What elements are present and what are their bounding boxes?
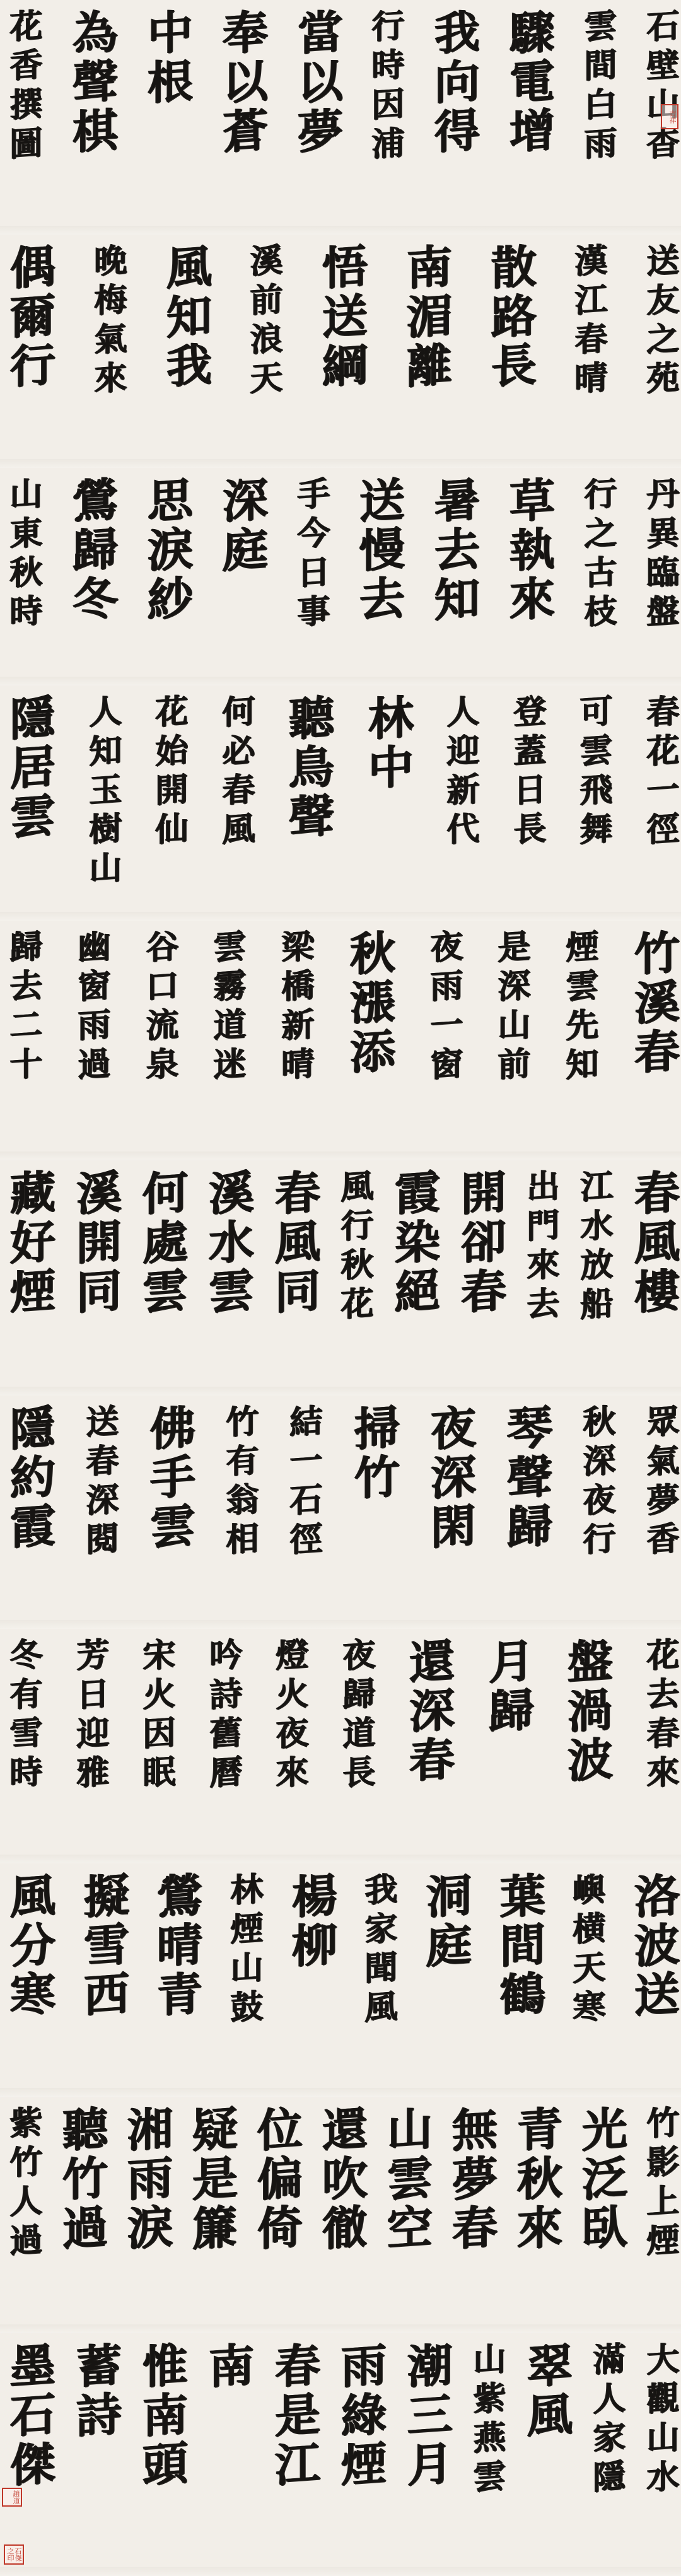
calligraphy-column: 聽竹過 (59, 2097, 104, 2326)
calligraphy-column: 行時因浦 (368, 0, 401, 227)
calligraphy-column: 滿人家隱 (590, 2333, 622, 2568)
scroll-panel: 眾氣夢香秋深夜行琴聲歸夜深閑掃竹結一石徑竹有翁相佛手雲送春深閱隱約霞 (0, 1396, 681, 1629)
calligraphy-column: 春花一徑 (643, 685, 676, 913)
calligraphy-column: 光泛臥 (578, 2097, 624, 2326)
calligraphy-column: 還吹徹 (318, 2097, 364, 2326)
column-group: 送友之苑漢江春晴散路長南湄離悟送綱溪前浪天風知我晚梅氣來偶爾行 (0, 235, 681, 459)
calligraphy-column: 幽窗雨過 (74, 921, 107, 1153)
calligraphy-column: 霞染絕 (391, 1160, 436, 1389)
calligraphy-column: 奉以蒼 (219, 0, 264, 228)
calligraphy-column: 驟電增 (506, 0, 551, 228)
calligraphy-column: 南湄離 (403, 235, 448, 461)
column-group: 竹溪春煙雲先知是深山前夜雨一窗秋漲添梁橋新晴雲霧道迷谷口流泉幽窗雨過歸去二十 (0, 921, 681, 1151)
calligraphy-column: 丹異臨盤 (643, 468, 676, 678)
scroll-panel: 春花一徑可雲飛舞登蓋日長人迎新代林中聽鳥聲何必春風花始開仙人知玉樹山隱居雲 (0, 685, 681, 921)
scroll-panel: 春風樓江水放船出門來去開卻春霞染絕風行秋花春風同溪水雲何處雲溪開同藏好煙 (0, 1160, 681, 1396)
scroll-panel: 竹影上煙光泛臥青秋來無夢春山雲空還吹徹位偏倚疑是簾湘雨淚聽竹過紫竹人過 (0, 2097, 681, 2333)
calligraphy-column: 竹有翁相 (223, 1396, 255, 1621)
calligraphy-column: 人知玉樹山 (86, 685, 119, 913)
calligraphy-column: 送春深閱 (83, 1396, 115, 1621)
calligraphy-column: 散路長 (487, 235, 533, 461)
scroll-panel: 石壁山杳雲間白雨驟電增我向得行時因浦當以夢奉以蒼中根為聲棋花香撰圖 (0, 0, 681, 235)
red-seal-stamp: 石傑之印 (4, 2544, 24, 2565)
calligraphy-column: 大觀山水 (643, 2333, 676, 2568)
calligraphy-column: 風行秋花 (337, 1160, 370, 1388)
calligraphy-column: 雲霧道迷 (210, 921, 243, 1153)
calligraphy-column: 歸去二十 (6, 921, 39, 1153)
calligraphy-column: 谷口流泉 (143, 921, 175, 1153)
calligraphy-column: 花香撰圖 (6, 0, 39, 227)
calligraphy-column: 夜歸道長 (339, 1629, 372, 1856)
calligraphy-column: 梁橋新晴 (278, 921, 311, 1153)
calligraphy-column: 江水放船 (577, 1160, 610, 1388)
calligraphy-column: 我家聞風 (361, 1863, 394, 2089)
column-group: 洛波送嶼横天寒葉間鶴洞庭我家聞風楊柳林煙山鼓鶯晴青擬雪西風分寒 (0, 1863, 681, 2088)
calligraphy-column: 當以夢 (294, 0, 339, 228)
calligraphy-column: 鶯晴青 (153, 1863, 199, 2090)
scroll-panel: 送友之苑漢江春晴散路長南湄離悟送綱溪前浪天風知我晚梅氣來偶爾行 (0, 235, 681, 468)
column-group: 花去春來盤渦波月歸還深春夜歸道長燈火夜來吟詩舊曆宋火因眠芳日迎雅冬有雪時 (0, 1629, 681, 1855)
scroll-panel: 洛波送嶼横天寒葉間鶴洞庭我家聞風楊柳林煙山鼓鶯晴青擬雪西風分寒 (0, 1863, 681, 2097)
calligraphy-column: 偶爾行 (6, 235, 52, 461)
calligraphy-column: 出門來去 (523, 1160, 556, 1388)
calligraphy-column: 手今日事 (294, 468, 327, 678)
calligraphy-column: 還深春 (405, 1629, 451, 1856)
calligraphy-column: 潮三月 (404, 2333, 449, 2569)
red-seal-stamp: 吉祥 (661, 104, 678, 129)
calligraphy-column: 春風同 (271, 1160, 317, 1389)
column-group: 眾氣夢香秋深夜行琴聲歸夜深閑掃竹結一石徑竹有翁相佛手雲送春深閱隱約霞 (0, 1396, 681, 1620)
calligraphy-column: 溪開同 (73, 1160, 118, 1389)
calligraphy-column: 洞庭 (422, 1863, 468, 2090)
calligraphy-column: 位偏倚 (253, 2097, 299, 2326)
scroll-panel: 丹異臨盤行之古枝草執來暑去知送慢去手今日事深庭思淚紗鶯歸冬山東秋時 (0, 468, 681, 685)
calligraphy-column: 青秋來 (513, 2097, 559, 2326)
calligraphy-column: 悟送綱 (318, 235, 364, 461)
column-group: 石壁山杳雲間白雨驟電增我向得行時因浦當以夢奉以蒼中根為聲棋花香撰圖 (0, 0, 681, 226)
calligraphy-column: 思淚紗 (144, 468, 189, 679)
calligraphy-column: 擬雪西 (80, 1863, 125, 2090)
calligraphy-column: 山雲空 (383, 2097, 429, 2326)
calligraphy-column: 秋漲添 (346, 921, 392, 1153)
calligraphy-column: 草執來 (506, 468, 551, 679)
calligraphy-column: 宋火因眠 (139, 1629, 172, 1856)
calligraphy-column: 翠風 (523, 2333, 569, 2569)
calligraphy-column: 可雲飛舞 (576, 685, 609, 913)
calligraphy-column: 深庭 (219, 468, 264, 679)
calligraphy-column: 是深山前 (494, 921, 527, 1153)
calligraphy-column: 送友之苑 (643, 235, 676, 460)
column-group: 春花一徑可雲飛舞登蓋日長人迎新代林中聽鳥聲何必春風花始開仙人知玉樹山隱居雲 (0, 685, 681, 912)
column-group: 丹異臨盤行之古枝草執來暑去知送慢去手今日事深庭思淚紗鶯歸冬山東秋時 (0, 468, 681, 677)
calligraphy-column: 葉間鶴 (496, 1863, 542, 2090)
calligraphy-column: 暑去知 (431, 468, 476, 679)
calligraphy-column: 雲間白雨 (581, 0, 614, 227)
calligraphy-column: 夜深閑 (427, 1396, 472, 1622)
calligraphy-column: 花去春來 (643, 1629, 676, 1856)
calligraphy-column: 中根 (144, 0, 189, 228)
calligraphy-column: 竹影上煙 (643, 2097, 676, 2326)
calligraphy-scroll: 石壁山杳雲間白雨驟電增我向得行時因浦當以夢奉以蒼中根為聲棋花香撰圖送友之苑漢江春… (0, 0, 681, 2576)
calligraphy-column: 風分寒 (6, 1863, 52, 2090)
calligraphy-column: 聽鳥聲 (285, 685, 330, 914)
scroll-panel: 花去春來盤渦波月歸還深春夜歸道長燈火夜來吟詩舊曆宋火因眠芳日迎雅冬有雪時 (0, 1629, 681, 1863)
calligraphy-column: 盤渦波 (564, 1629, 609, 1856)
calligraphy-column: 眾氣夢香 (643, 1396, 676, 1621)
calligraphy-column: 山東秋時 (6, 468, 39, 678)
calligraphy-column: 疑是簾 (189, 2097, 234, 2326)
calligraphy-column: 林煙山鼓 (227, 1863, 260, 2089)
calligraphy-column: 蓄詩 (73, 2333, 118, 2569)
column-group: 大觀山水滿人家隱翠風山紫燕雲潮三月雨綠煙春是江南惟南頭蓄詩墨石傑 (0, 2333, 681, 2567)
calligraphy-column: 冬有雪時 (6, 1629, 39, 1856)
calligraphy-column: 楊柳 (288, 1863, 334, 2090)
calligraphy-column: 林中 (364, 685, 410, 914)
calligraphy-column: 吟詩舊曆 (206, 1629, 239, 1856)
calligraphy-column: 夜雨一窗 (427, 921, 460, 1153)
calligraphy-column: 春是江 (271, 2333, 317, 2569)
calligraphy-column: 佛手雲 (146, 1396, 192, 1622)
calligraphy-column: 結一石徑 (286, 1396, 319, 1621)
calligraphy-column: 登蓋日長 (510, 685, 543, 913)
calligraphy-column: 墨石傑 (6, 2333, 52, 2569)
calligraphy-column: 行之古枝 (581, 468, 614, 678)
red-seal-stamp: 趙道 (2, 2488, 22, 2507)
scroll-panel: 大觀山水滿人家隱翠風山紫燕雲潮三月雨綠煙春是江南惟南頭蓄詩墨石傑 (0, 2333, 681, 2576)
calligraphy-column: 洛波送 (631, 1863, 676, 2090)
calligraphy-column: 燈火夜來 (272, 1629, 305, 1856)
calligraphy-column: 琴聲歸 (503, 1396, 549, 1622)
calligraphy-column: 晚梅氣來 (91, 235, 124, 460)
scroll-panel: 竹溪春煙雲先知是深山前夜雨一窗秋漲添梁橋新晴雲霧道迷谷口流泉幽窗雨過歸去二十 (0, 921, 681, 1160)
column-group: 竹影上煙光泛臥青秋來無夢春山雲空還吹徹位偏倚疑是簾湘雨淚聽竹過紫竹人過 (0, 2097, 681, 2324)
calligraphy-column: 隱約霞 (6, 1396, 52, 1622)
calligraphy-column: 何必春風 (219, 685, 252, 913)
calligraphy-column: 嶼横天寒 (569, 1863, 602, 2089)
calligraphy-column: 我向得 (431, 0, 476, 228)
calligraphy-column: 為聲棋 (69, 0, 114, 228)
calligraphy-column: 開卻春 (457, 1160, 503, 1389)
calligraphy-column: 風知我 (163, 235, 208, 461)
calligraphy-column: 南 (205, 2333, 250, 2569)
calligraphy-column: 紫竹人過 (6, 2097, 39, 2326)
calligraphy-column: 花始開仙 (152, 685, 185, 913)
calligraphy-column: 無夢春 (448, 2097, 494, 2326)
calligraphy-column: 湘雨淚 (124, 2097, 169, 2326)
calligraphy-column: 隱居雲 (6, 685, 52, 914)
calligraphy-column: 惟南頭 (139, 2333, 184, 2569)
calligraphy-column: 煙雲先知 (562, 921, 595, 1153)
calligraphy-column: 溪前浪天 (247, 235, 279, 460)
calligraphy-column: 溪水雲 (205, 1160, 250, 1389)
calligraphy-column: 月歸 (485, 1629, 530, 1856)
calligraphy-column: 竹溪春 (631, 921, 676, 1153)
calligraphy-column: 春風樓 (631, 1160, 676, 1389)
column-group: 春風樓江水放船出門來去開卻春霞染絕風行秋花春風同溪水雲何處雲溪開同藏好煙 (0, 1160, 681, 1387)
calligraphy-column: 秋深夜行 (579, 1396, 612, 1621)
calligraphy-column: 芳日迎雅 (73, 1629, 106, 1856)
calligraphy-column: 雨綠煙 (337, 2333, 383, 2569)
calligraphy-column: 鶯歸冬 (69, 468, 114, 679)
calligraphy-column: 何處雲 (139, 1160, 184, 1389)
calligraphy-column: 送慢去 (356, 468, 401, 679)
calligraphy-column: 漢江春晴 (571, 235, 604, 460)
calligraphy-column: 藏好煙 (6, 1160, 52, 1389)
calligraphy-column: 掃竹 (351, 1396, 396, 1622)
calligraphy-column: 山紫燕雲 (470, 2333, 503, 2568)
calligraphy-column: 人迎新代 (443, 685, 476, 913)
